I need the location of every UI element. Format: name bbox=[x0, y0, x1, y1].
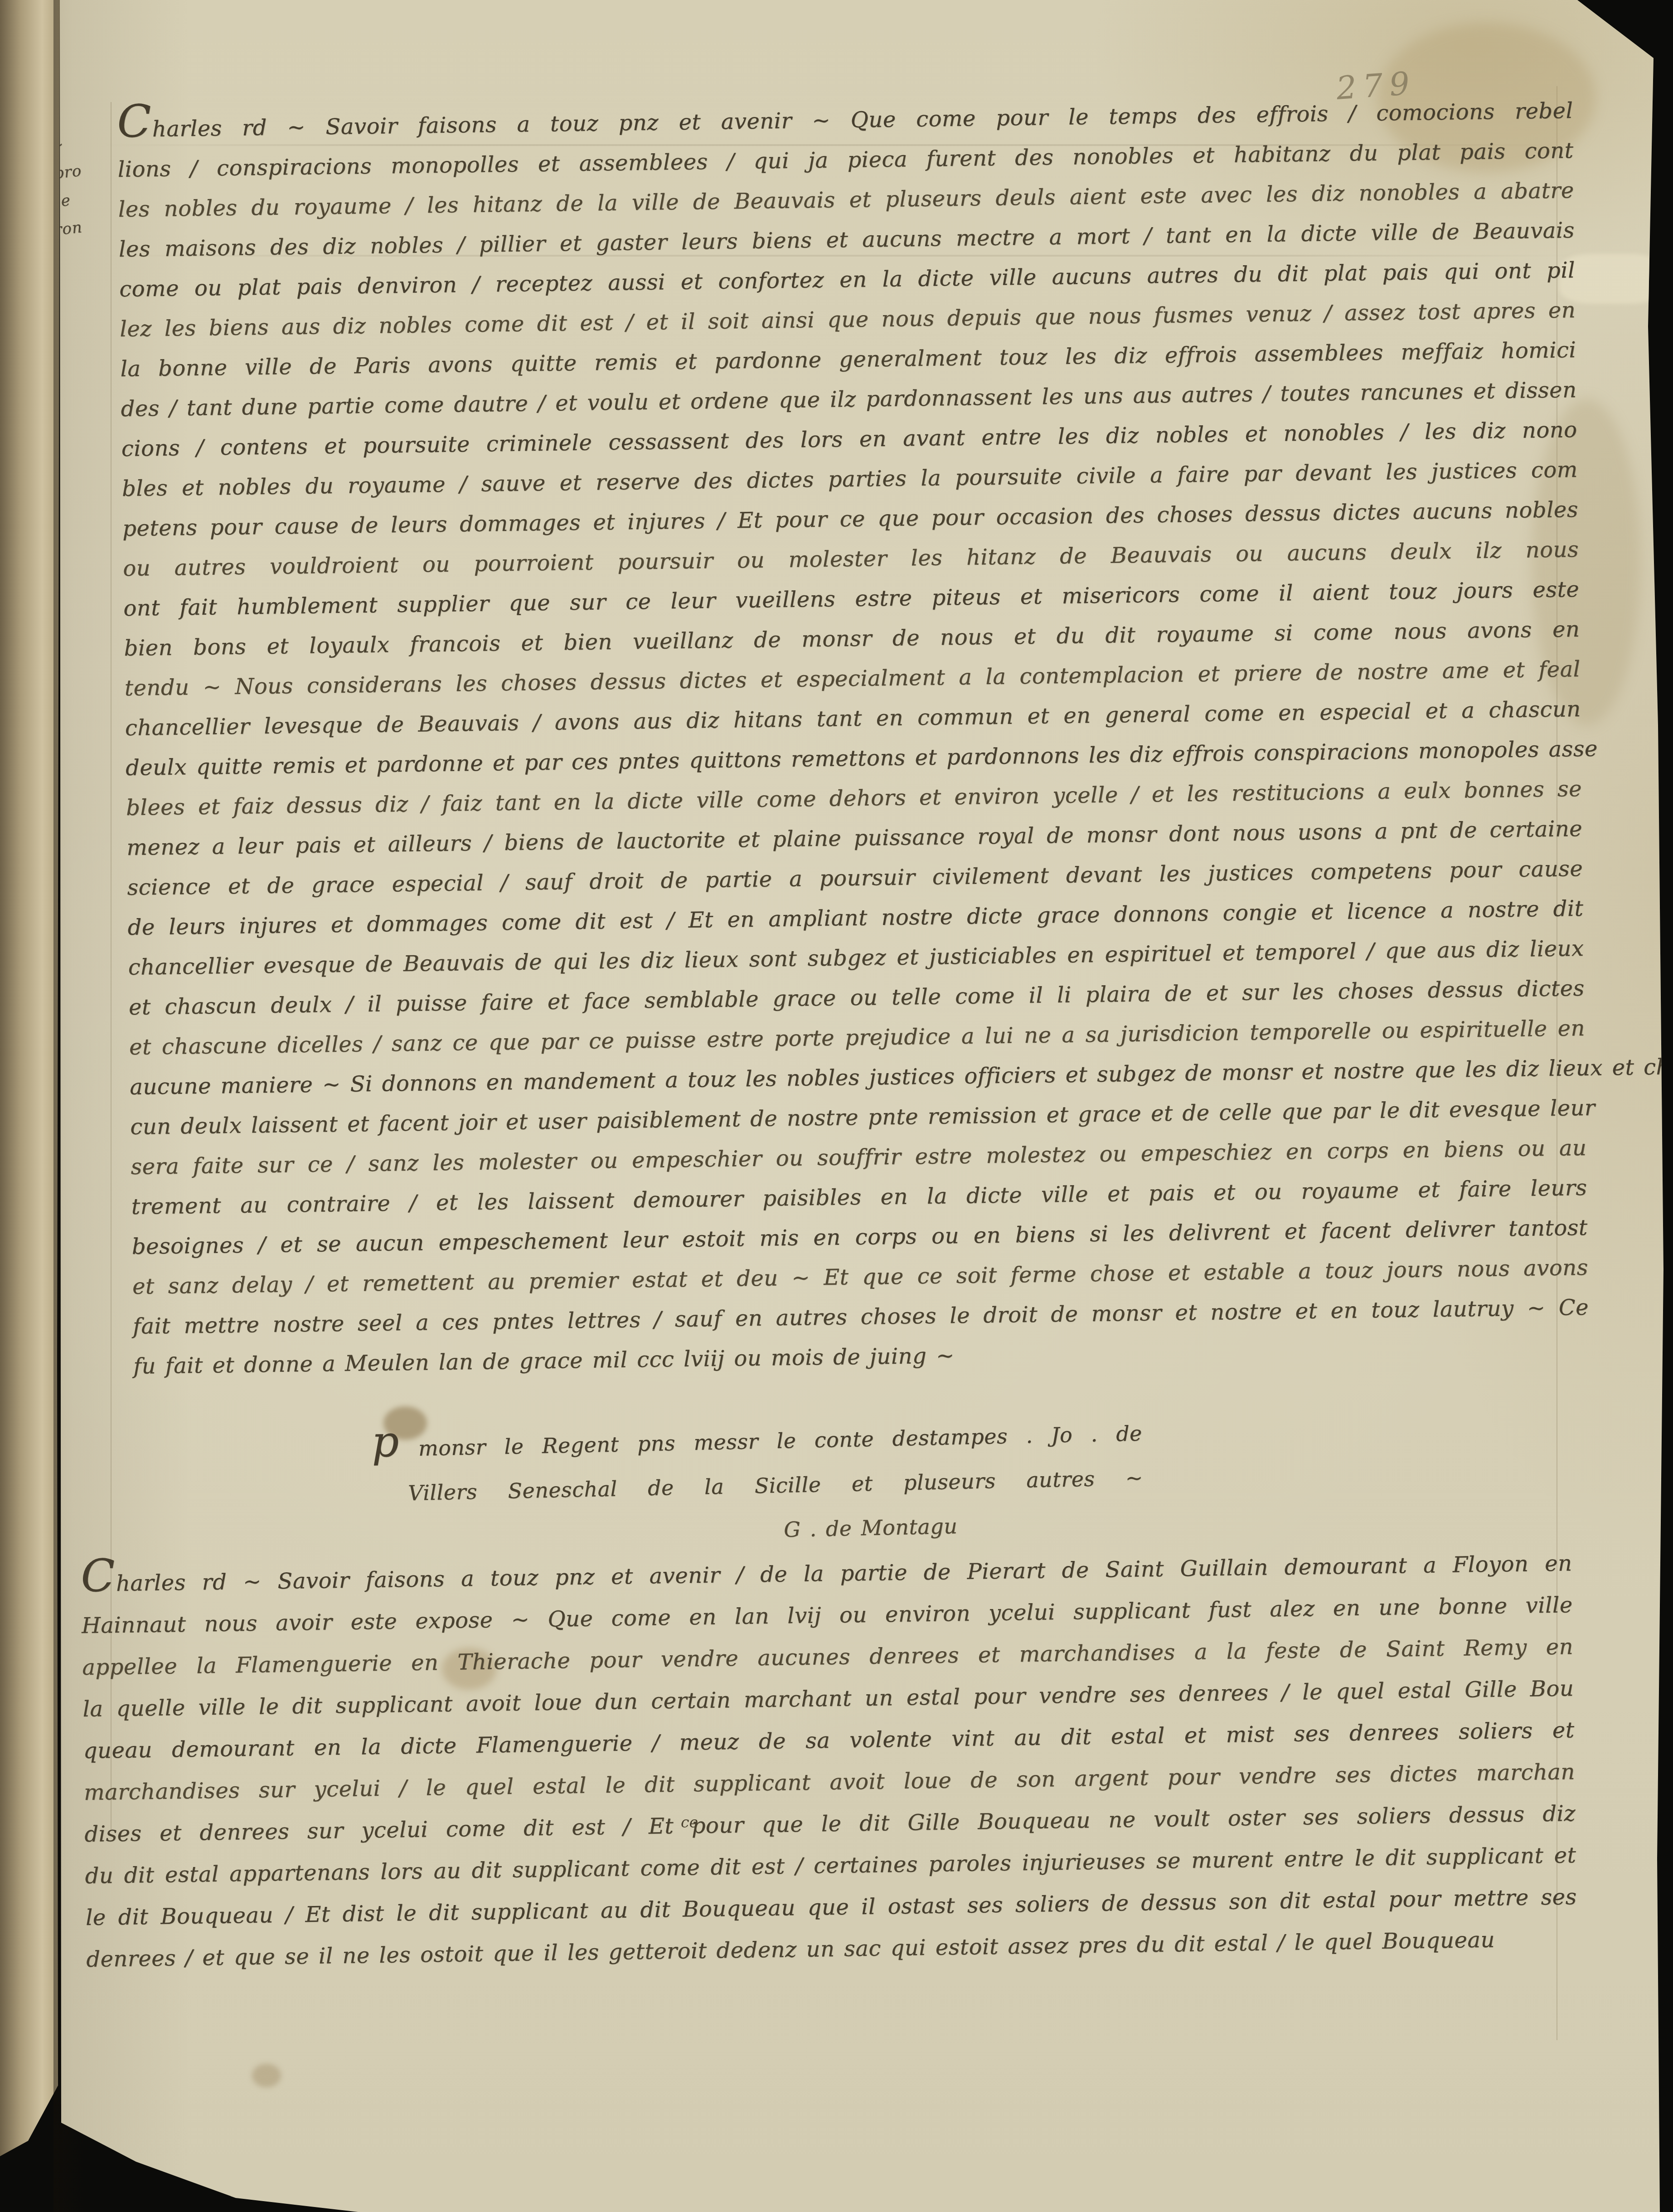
signature-block: p monsr le Regent pns messr le conte des… bbox=[371, 1411, 1144, 1561]
document-2-text: Charles rd ~ Savoir faisons a touz pnz e… bbox=[81, 1542, 1578, 1980]
interlinear-addition: ce bbox=[681, 1813, 698, 1831]
manuscript-line: G . de Montagu bbox=[783, 1500, 1144, 1552]
book-gutter-edge bbox=[0, 0, 68, 2212]
stain bbox=[252, 2064, 281, 2087]
parchment-page: 279 Rem~ssio pro...ville...uiron Charles… bbox=[0, 0, 1673, 2212]
manuscript-photo: 279 Rem~ssio pro...ville...uiron Charles… bbox=[0, 0, 1673, 2212]
document-1-text: Charles rd ~ Savoir faisons a touz pnz e… bbox=[117, 91, 1590, 1386]
